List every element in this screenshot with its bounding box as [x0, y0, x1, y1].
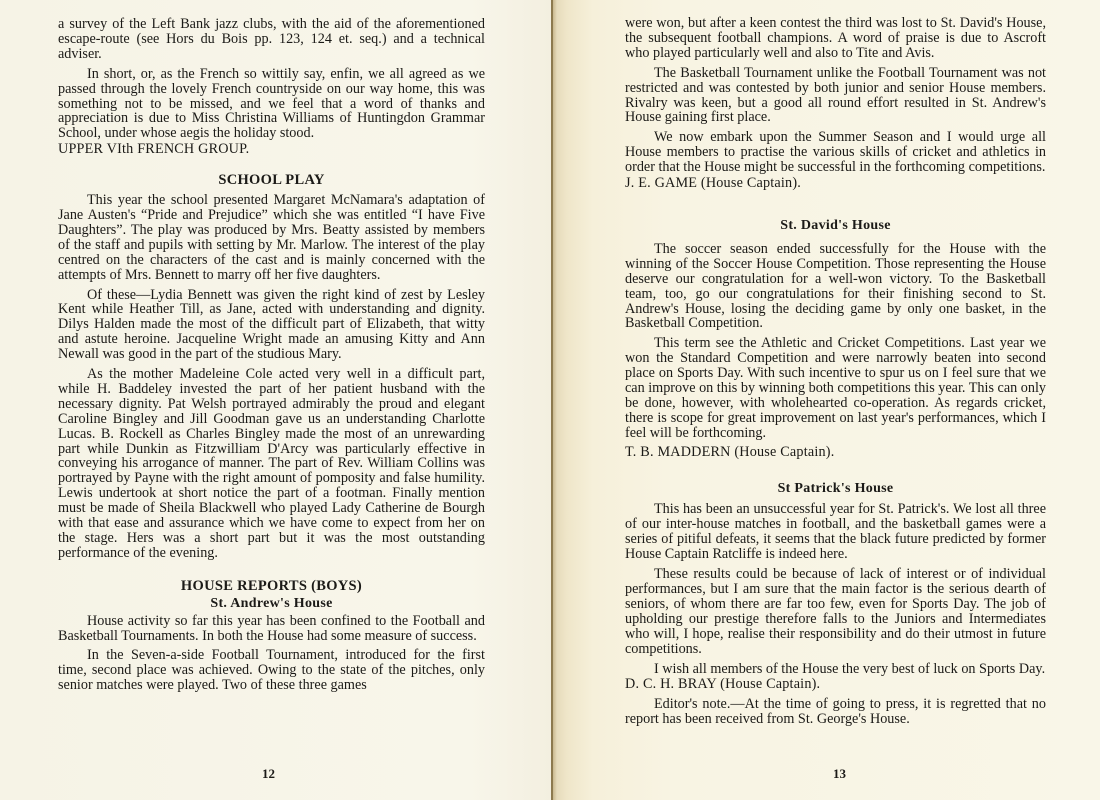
paragraph: were won, but after a keen contest the t… [625, 16, 1046, 61]
subsection-heading: St Patrick's House [625, 482, 1046, 497]
subsection-heading: St. David's House [625, 219, 1046, 234]
left-page: a survey of the Left Bank jazz clubs, wi… [0, 0, 551, 800]
signature: T. B. MADDERN (House Captain). [625, 445, 1046, 460]
signature: UPPER VIth FRENCH GROUP. [58, 142, 485, 157]
french-trip-conclusion: a survey of the Left Bank jazz clubs, wi… [58, 17, 485, 157]
paragraph: In the Seven-a-side Football Tournament,… [58, 648, 485, 693]
signature: J. E. GAME (House Captain). [625, 176, 1046, 191]
paragraph: Of these—Lydia Bennett was given the rig… [58, 288, 485, 363]
subsection-heading: St. Andrew's House [58, 597, 485, 612]
paragraph: This term see the Athletic and Cricket C… [625, 336, 1046, 440]
paragraph: This has been an unsuccessful year for S… [625, 502, 1046, 562]
paragraph: Editor's note.—At the time of going to p… [625, 697, 1046, 727]
right-page: were won, but after a keen contest the t… [551, 0, 1100, 800]
paragraph: This year the school presented Margaret … [58, 193, 485, 282]
section-heading: SCHOOL PLAY [58, 173, 485, 188]
house-reports-section: HOUSE REPORTS (BOYS) St. Andrew's House … [58, 579, 485, 693]
st-andrews-continued: were won, but after a keen contest the t… [625, 16, 1046, 191]
signature: D. C. H. BRAY (House Captain). [625, 677, 1046, 692]
booklet-spread: a survey of the Left Bank jazz clubs, wi… [0, 0, 1100, 800]
paragraph: The Basketball Tournament unlike the Foo… [625, 66, 1046, 126]
paragraph: We now embark upon the Summer Season and… [625, 130, 1046, 175]
page-number: 13 [833, 767, 846, 782]
paragraph: As the mother Madeleine Cole acted very … [58, 367, 485, 561]
paragraph: In short, or, as the French so wittily s… [58, 67, 485, 142]
st-davids-section: St. David's House The soccer season ende… [625, 219, 1046, 460]
paragraph: House activity so far this year has been… [58, 614, 485, 644]
section-heading: HOUSE REPORTS (BOYS) [58, 579, 485, 594]
page-number: 12 [262, 767, 275, 782]
school-play-section: SCHOOL PLAY This year the school present… [58, 173, 485, 561]
paragraph: The soccer season ended successfully for… [625, 242, 1046, 331]
paragraph: I wish all members of the House the very… [625, 662, 1046, 677]
paragraph: a survey of the Left Bank jazz clubs, wi… [58, 17, 485, 62]
st-patricks-section: St Patrick's House This has been an unsu… [625, 482, 1046, 693]
editors-note: Editor's note.—At the time of going to p… [625, 697, 1046, 727]
paragraph: These results could be because of lack o… [625, 567, 1046, 656]
